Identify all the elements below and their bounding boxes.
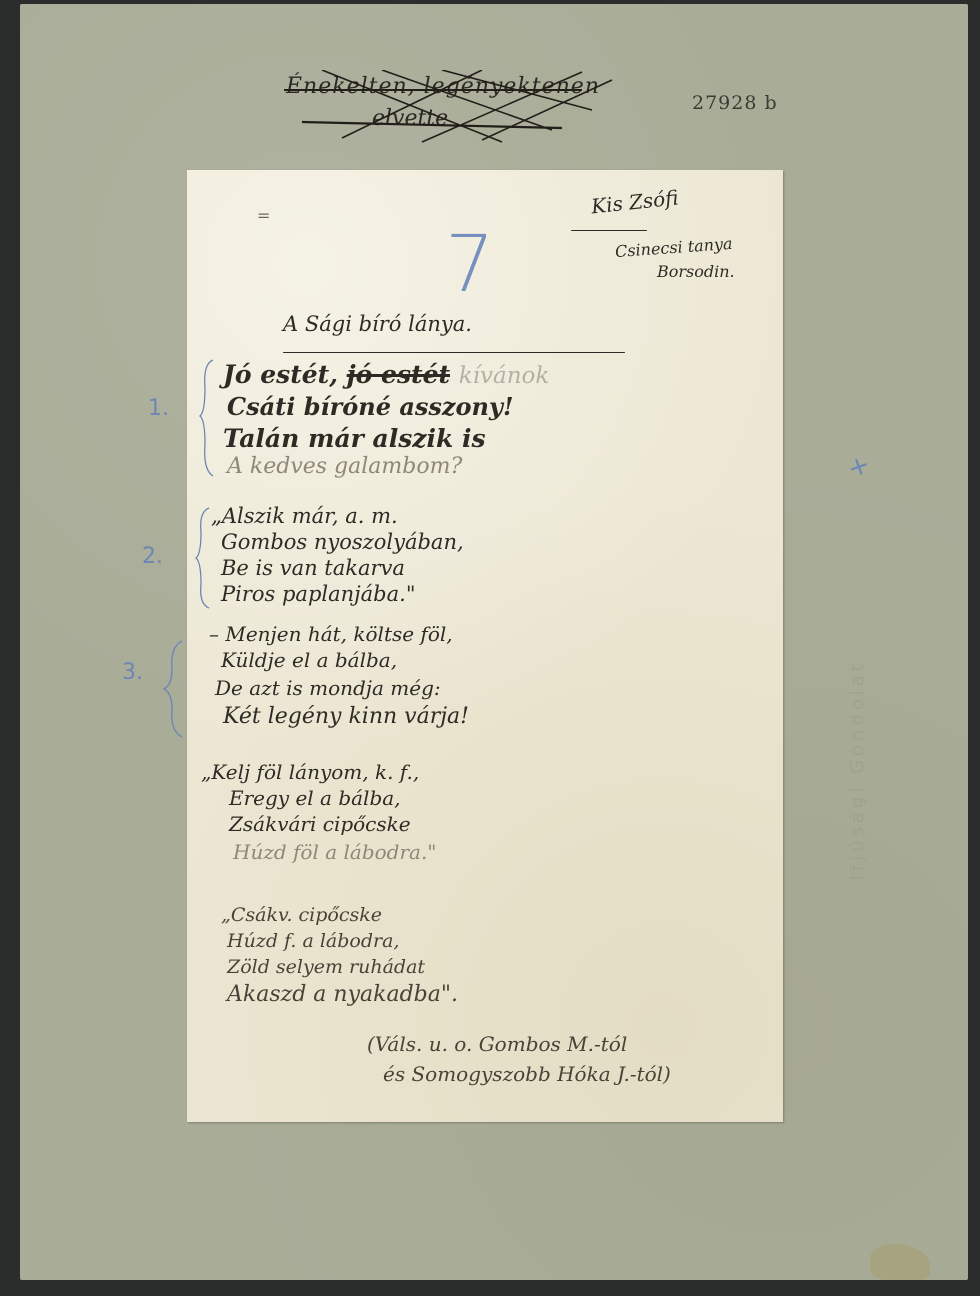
struck-text: jó estét <box>347 360 450 389</box>
stanza-3-brace <box>160 639 190 739</box>
stanza-3-line-3: De azt is mondja még: <box>215 676 441 700</box>
struck-out-heading: Énekelten, legényektenen elvette <box>282 70 612 140</box>
stanza-5-line-1: „Csákv. cipőcske <box>221 904 382 926</box>
stanza-1-line-4: A kedves galambom? <box>227 454 462 479</box>
variant-note-line-2: és Somogyszobb Hóka J.-tól) <box>383 1062 671 1086</box>
water-stain <box>870 1244 930 1280</box>
verse-text: Jó estét, <box>223 360 338 389</box>
stanza-4-line-1: „Kelj föl lányom, k. f., <box>201 760 419 784</box>
stanza-4-line-3: Zsákvári cipőcske <box>229 812 411 836</box>
collector-name: Kis Zsófi <box>590 185 680 218</box>
faint-added-text: kívánok <box>459 363 550 389</box>
stanza-3-line-2: Küldje el a bálba, <box>221 648 397 672</box>
stanza-number-2: 2. <box>142 544 163 569</box>
stanza-2-line-4: Piros paplanjába." <box>221 582 415 606</box>
paper-watermark: Ifjúsági Gondolat <box>847 660 868 881</box>
stanza-number-3: 3. <box>122 660 143 685</box>
title-underline <box>283 352 625 353</box>
stanza-3-line-1: – Menjen hát, költse föl, <box>209 622 453 646</box>
cross-hatch-strikethrough <box>282 70 622 145</box>
stanza-2-line-2: Gombos nyoszolyában, <box>221 530 464 554</box>
manuscript-sheet: Ifjúsági Gondolat = Kis Zsófi Csinecsi t… <box>187 170 783 1122</box>
stanza-4-line-4: Húzd föl a lábodra." <box>233 840 437 864</box>
collector-location: Csinecsi tanya <box>614 234 733 261</box>
song-number: 7 <box>445 220 495 310</box>
stanza-2-line-3: Be is van takarva <box>221 556 405 580</box>
stanza-3-line-4: Két legény kinn várja! <box>223 704 469 729</box>
stanza-4-line-2: Eregy el a bálba, <box>229 786 401 810</box>
song-title: A Sági bíró lánya. <box>283 312 472 336</box>
stanza-5-line-3: Zöld selyem ruhádat <box>227 956 425 978</box>
catalog-number: 27928 b <box>692 92 778 114</box>
stanza-1-line-1: Jó estét, jó estét kívánok <box>223 360 549 389</box>
margin-pencil-mark: + <box>844 449 875 485</box>
stanza-1-brace <box>197 358 217 478</box>
stanza-1-line-3: Talán már alszik is <box>223 424 486 453</box>
stanza-1-line-2: Csáti bíróné asszony! <box>227 392 514 421</box>
stanza-5-line-4: Akaszd a nyakadba". <box>227 982 458 1007</box>
stanza-number-1: 1. <box>148 396 169 421</box>
stanza-2-line-1: „Alszik már, a. m. <box>211 504 398 528</box>
collector-name-underline <box>571 230 647 231</box>
small-mark: = <box>257 206 270 225</box>
stanza-5-line-2: Húzd f. a lábodra, <box>227 930 399 952</box>
variant-note-line-1: (Váls. u. o. Gombos M.-tól <box>367 1032 627 1056</box>
collector-county: Borsodin. <box>657 262 735 281</box>
stanza-2-brace <box>193 506 213 610</box>
